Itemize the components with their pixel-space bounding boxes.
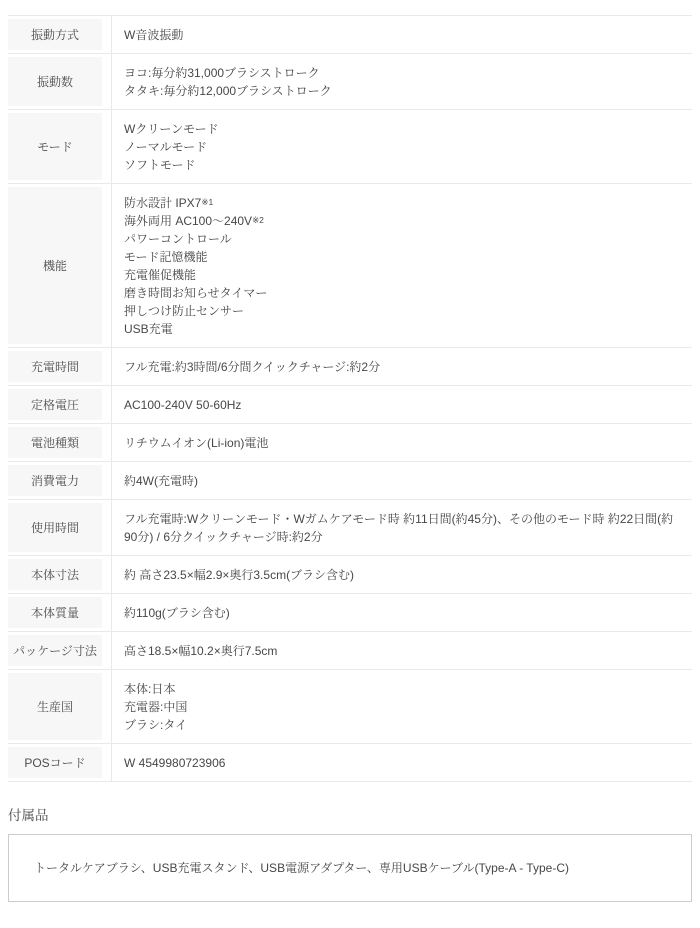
footnote-marker: ※2 (252, 215, 264, 225)
spec-label: 使用時間 (8, 503, 102, 552)
spec-label: 機能 (8, 187, 102, 344)
spec-value-line: ノーマルモード (124, 138, 678, 156)
spec-label: POSコード (8, 747, 102, 778)
spec-value-line: フル充電:約3時間/6分間クイックチャージ:約2分 (124, 358, 678, 376)
spec-row: パッケージ寸法高さ18.5×幅10.2×奥行7.5cm (8, 632, 692, 670)
spec-value-line: 約4W(充電時) (124, 472, 678, 490)
spec-value-line: 高さ18.5×幅10.2×奥行7.5cm (124, 642, 678, 660)
spec-value-line: リチウムイオン(Li-ion)電池 (124, 434, 678, 452)
spec-row: 使用時間フル充電時:Wクリーンモード・Wガムケアモード時 約11日間(約45分)… (8, 500, 692, 556)
spec-row: 振動方式W音波振動 (8, 16, 692, 54)
spec-label: 本体質量 (8, 597, 102, 628)
spec-label: パッケージ寸法 (8, 635, 102, 666)
spec-row: 生産国本体:日本充電器:中国ブラシ:タイ (8, 670, 692, 744)
spec-value-line: モード記憶機能 (124, 248, 678, 266)
spec-value: 約 高さ23.5×幅2.9×奥行3.5cm(ブラシ含む) (111, 556, 692, 593)
spec-value: リチウムイオン(Li-ion)電池 (111, 424, 692, 461)
spec-value: 約4W(充電時) (111, 462, 692, 499)
spec-label: 振動方式 (8, 19, 102, 50)
spec-row: 消費電力約4W(充電時) (8, 462, 692, 500)
spec-label: 振動数 (8, 57, 102, 106)
spec-value-line: 海外両用 AC100〜240V※2 (124, 212, 678, 230)
spec-value-line: ソフトモード (124, 156, 678, 174)
spec-value-line: 押しつけ防止センサー (124, 302, 678, 320)
spec-value-line: ブラシ:タイ (124, 716, 678, 734)
spec-label: 電池種類 (8, 427, 102, 458)
spec-label: 充電時間 (8, 351, 102, 382)
spec-row: 機能防水設計 IPX7※1海外両用 AC100〜240V※2パワーコントロールモ… (8, 184, 692, 348)
spec-value-line: パワーコントロール (124, 230, 678, 248)
spec-label: 生産国 (8, 673, 102, 740)
spec-row: 電池種類リチウムイオン(Li-ion)電池 (8, 424, 692, 462)
spec-row: POSコードW 4549980723906 (8, 744, 692, 782)
product-spec-page: 振動方式W音波振動振動数ヨコ:毎分約31,000ブラシストロークタタキ:毎分約1… (8, 15, 692, 902)
spec-value-line: 約110g(ブラシ含む) (124, 604, 678, 622)
spec-row: 定格電圧AC100-240V 50-60Hz (8, 386, 692, 424)
spec-label: 本体寸法 (8, 559, 102, 590)
spec-value: フル充電時:Wクリーンモード・Wガムケアモード時 約11日間(約45分)、その他… (111, 500, 692, 555)
spec-row: 充電時間フル充電:約3時間/6分間クイックチャージ:約2分 (8, 348, 692, 386)
spec-value-line: 防水設計 IPX7※1 (124, 194, 678, 212)
spec-value-line: 磨き時間お知らせタイマー (124, 284, 678, 302)
spec-value: Wクリーンモードノーマルモードソフトモード (111, 110, 692, 183)
spec-value-line: タタキ:毎分約12,000ブラシストローク (124, 82, 678, 100)
spec-value-line: 充電器:中国 (124, 698, 678, 716)
spec-value-line: USB充電 (124, 320, 678, 338)
spec-row: 本体質量約110g(ブラシ含む) (8, 594, 692, 632)
accessories-box: トータルケアブラシ、USB充電スタンド、USB電源アダプター、専用USBケーブル… (8, 834, 692, 902)
spec-value-line: 本体:日本 (124, 680, 678, 698)
spec-table: 振動方式W音波振動振動数ヨコ:毎分約31,000ブラシストロークタタキ:毎分約1… (8, 15, 692, 782)
spec-value-line: 約 高さ23.5×幅2.9×奥行3.5cm(ブラシ含む) (124, 566, 678, 584)
spec-label: 定格電圧 (8, 389, 102, 420)
spec-value: フル充電:約3時間/6分間クイックチャージ:約2分 (111, 348, 692, 385)
spec-value-line: W音波振動 (124, 26, 678, 44)
spec-label: 消費電力 (8, 465, 102, 496)
spec-label: モード (8, 113, 102, 180)
spec-value-line: フル充電時:Wクリーンモード・Wガムケアモード時 約11日間(約45分)、その他… (124, 510, 678, 546)
spec-value: 防水設計 IPX7※1海外両用 AC100〜240V※2パワーコントロールモード… (111, 184, 692, 347)
spec-value-line: AC100-240V 50-60Hz (124, 396, 678, 414)
accessories-text: トータルケアブラシ、USB充電スタンド、USB電源アダプター、専用USBケーブル… (34, 861, 569, 875)
accessories-heading: 付属品 (8, 804, 692, 824)
spec-value-line: W 4549980723906 (124, 754, 678, 772)
spec-value-line: 充電催促機能 (124, 266, 678, 284)
spec-row: 振動数ヨコ:毎分約31,000ブラシストロークタタキ:毎分約12,000ブラシス… (8, 54, 692, 110)
spec-value: 本体:日本充電器:中国ブラシ:タイ (111, 670, 692, 743)
spec-value-line: ヨコ:毎分約31,000ブラシストローク (124, 64, 678, 82)
footnote-marker: ※1 (201, 197, 213, 207)
spec-value: W 4549980723906 (111, 744, 692, 781)
spec-value: AC100-240V 50-60Hz (111, 386, 692, 423)
spec-row: 本体寸法約 高さ23.5×幅2.9×奥行3.5cm(ブラシ含む) (8, 556, 692, 594)
spec-value: W音波振動 (111, 16, 692, 53)
spec-value: 高さ18.5×幅10.2×奥行7.5cm (111, 632, 692, 669)
spec-value: ヨコ:毎分約31,000ブラシストロークタタキ:毎分約12,000ブラシストロー… (111, 54, 692, 109)
spec-row: モードWクリーンモードノーマルモードソフトモード (8, 110, 692, 184)
spec-value: 約110g(ブラシ含む) (111, 594, 692, 631)
spec-value-line: Wクリーンモード (124, 120, 678, 138)
